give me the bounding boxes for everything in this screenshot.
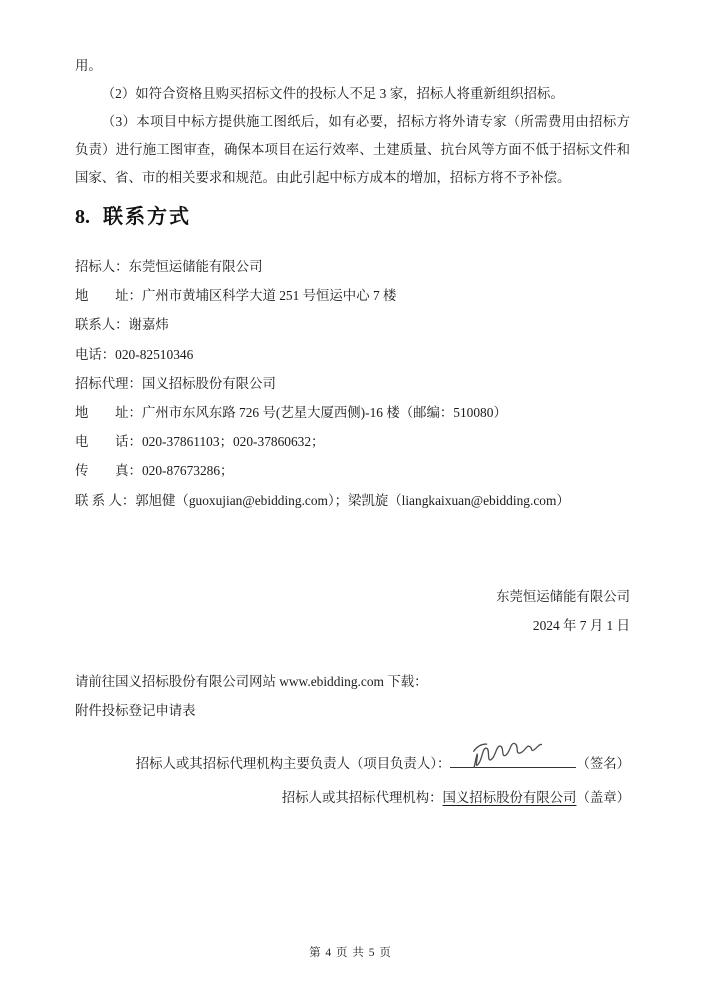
page-number-footer: 第 4 页 共 5 页: [0, 944, 701, 960]
contact-line-agency-phone: 电 话：020-37861103；020-37860632；: [75, 427, 630, 456]
contact-info-block: 招标人：东莞恒运储能有限公司 地 址：广州市黄埔区科学大道 251 号恒运中心 …: [75, 252, 630, 515]
document-content: 用。 （2）如符合资格且购买招标文件的投标人不足 3 家，招标人将重新组织招标。…: [0, 52, 701, 810]
section-heading: 8.联系方式: [75, 204, 630, 230]
clause-2: （2）如符合资格且购买招标文件的投标人不足 3 家，招标人将重新组织招标。: [75, 80, 630, 108]
signature-row-seal-suffix: （盖章）: [576, 790, 630, 805]
contact-line-tenderer: 招标人：东莞恒运储能有限公司: [75, 252, 630, 281]
contact-line-contact-person: 联系人：谢嘉炜: [75, 310, 630, 339]
contact-line-agency-address: 地 址：广州市东风东路 726 号(艺星大厦西侧)-16 楼（邮编：510080…: [75, 398, 630, 427]
signature-row-seal: 招标人或其招标代理机构：国义招标股份有限公司（盖章）: [75, 786, 630, 810]
signoff-company: 东莞恒运储能有限公司: [75, 582, 630, 611]
clause-3: （3）本项目中标方提供施工图纸后，如有必要，招标方将外请专家（所需费用由招标方负…: [75, 108, 630, 192]
signature-row-sign: 招标人或其招标代理机构主要负责人（项目负责人）：（签名）: [75, 752, 630, 776]
document-page: 用。 （2）如符合资格且购买招标文件的投标人不足 3 家，招标人将重新组织招标。…: [0, 0, 701, 1006]
contact-line-agency-fax: 传 真：020-87673286；: [75, 456, 630, 485]
contact-line-agency-contacts: 联 系 人：郭旭健（guoxujian@ebidding.com）；梁凯旋（li…: [75, 486, 630, 515]
intro-paragraphs: 用。 （2）如符合资格且购买招标文件的投标人不足 3 家，招标人将重新组织招标。…: [75, 52, 630, 192]
signature-line: [450, 752, 576, 768]
signoff-date: 2024 年 7 月 1 日: [75, 611, 630, 640]
signature-block: 招标人或其招标代理机构主要负责人（项目负责人）：（签名） 招标人或其招标代理机构…: [75, 752, 630, 810]
handwritten-signature: [464, 732, 550, 770]
section-number: 8.: [75, 206, 90, 228]
contact-line-agency: 招标代理：国义招标股份有限公司: [75, 369, 630, 398]
download-note-block: 请前往国义招标股份有限公司网站 www.ebidding.com 下载： 附件投…: [75, 667, 630, 725]
attachment-line: 附件投标登记申请表: [75, 696, 630, 725]
contact-line-phone: 电话：020-82510346: [75, 340, 630, 369]
contact-line-tenderer-address: 地 址：广州市黄埔区科学大道 251 号恒运中心 7 楼: [75, 281, 630, 310]
section-title: 联系方式: [103, 206, 191, 228]
signature-row-seal-label: 招标人或其招标代理机构：: [282, 790, 443, 805]
signature-row-sign-label: 招标人或其招标代理机构主要负责人（项目负责人）：: [136, 756, 451, 771]
download-note-line: 请前往国义招标股份有限公司网站 www.ebidding.com 下载：: [75, 667, 630, 696]
signoff-block: 东莞恒运储能有限公司 2024 年 7 月 1 日: [75, 582, 630, 640]
signature-row-sign-suffix: （签名）: [576, 756, 630, 771]
carryover-line: 用。: [75, 52, 630, 80]
signature-row-seal-company: 国义招标股份有限公司: [443, 790, 577, 805]
